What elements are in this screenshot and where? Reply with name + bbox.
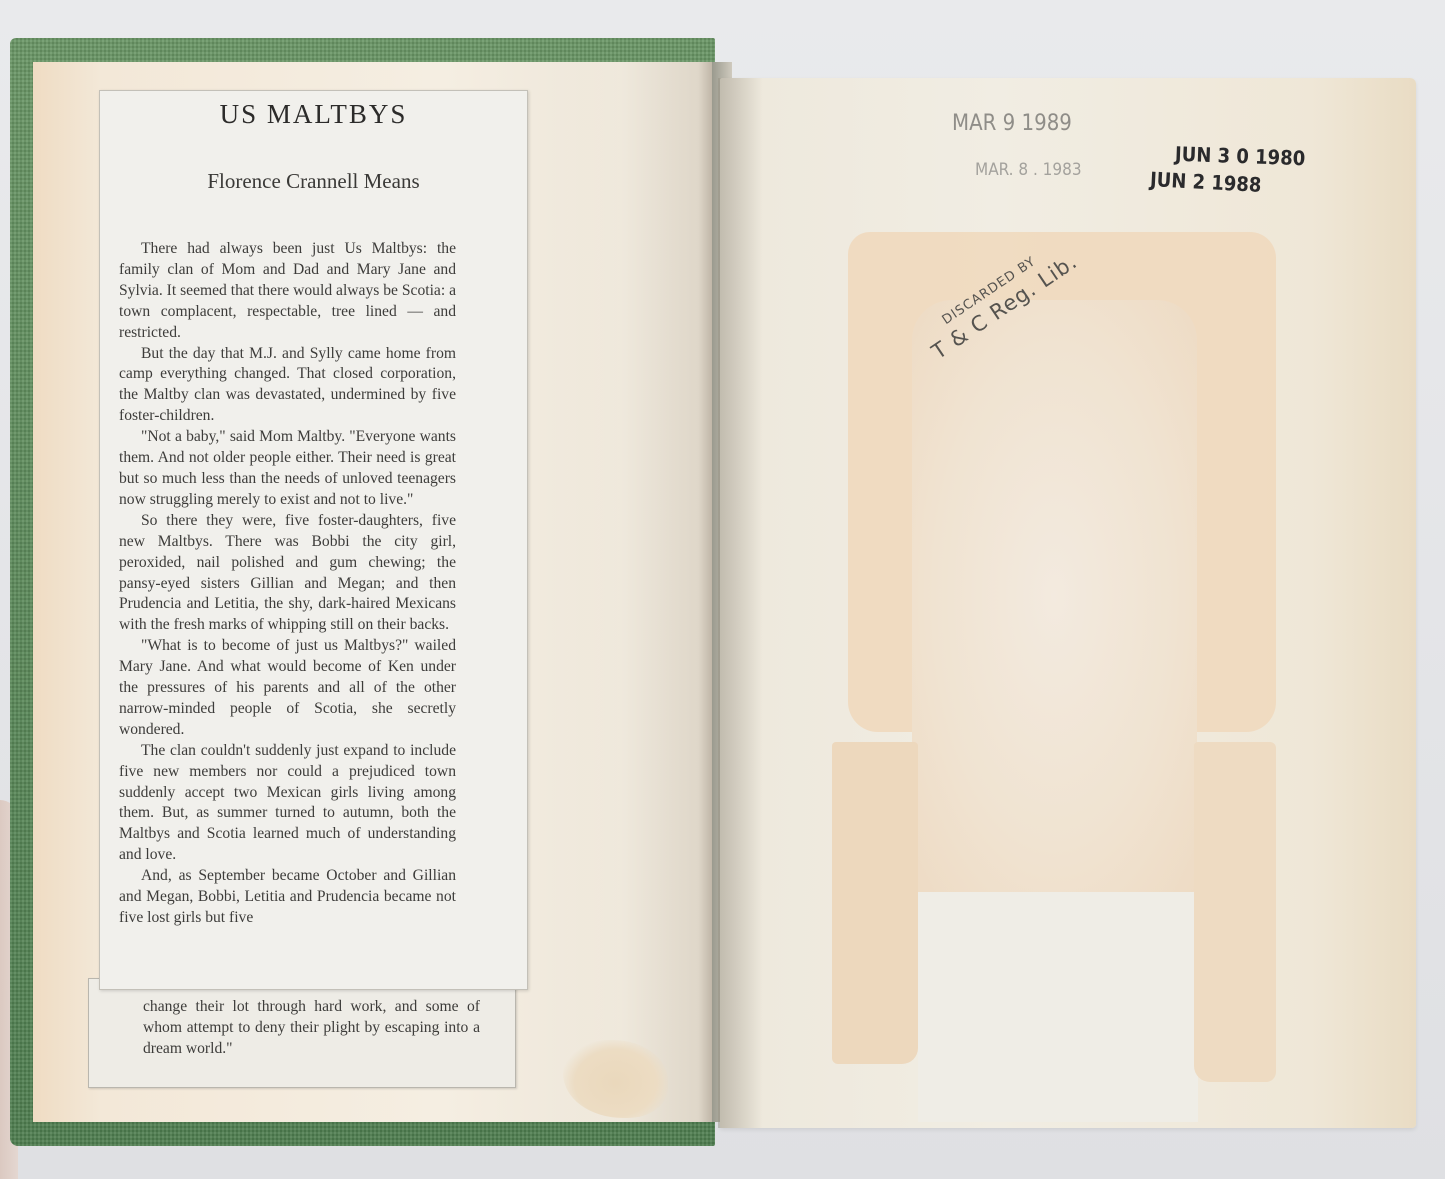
blurb-paragraph: So there they were, five foster-daughter…	[119, 511, 456, 636]
blurb-paragraph: But the day that M.J. and Sylly came hom…	[119, 344, 456, 428]
date-stamp: MAR. 8 . 1983	[975, 160, 1082, 180]
blurb-paragraph: "Not a baby," said Mom Maltby. "Everyone…	[119, 427, 456, 511]
clipping-continuation: change their lot through hard work, and …	[143, 997, 480, 1060]
date-stamp: JUN 3 0 1980	[1175, 142, 1306, 171]
blurb-paragraph: And, as September became October and Gil…	[119, 866, 456, 929]
pocket-clean-area	[918, 892, 1198, 1122]
jacket-clipping-lower: change their lot through hard work, and …	[88, 978, 516, 1088]
book-author: Florence Crannell Means	[100, 169, 527, 194]
blurb-paragraph: The clan couldn't suddenly just expand t…	[119, 741, 456, 866]
date-stamp: MAR 9 1989	[952, 111, 1072, 136]
left-gutter-shadow	[530, 62, 713, 1122]
blurb-paragraph: There had always been just Us Maltbys: t…	[119, 239, 456, 344]
jacket-clipping: US MALTBYS Florence Crannell Means There…	[99, 90, 528, 990]
tape-residue-left	[832, 742, 918, 1064]
pocket-foxing	[912, 300, 1197, 892]
blurb-paragraph: "What is to become of just us Maltbys?" …	[119, 636, 456, 741]
right-gutter-shadow	[718, 78, 763, 1128]
open-book: change their lot through hard work, and …	[0, 0, 1445, 1179]
blurb-text: There had always been just Us Maltbys: t…	[119, 239, 456, 929]
book-title: US MALTBYS	[100, 99, 527, 130]
tape-residue-right	[1194, 742, 1276, 1082]
